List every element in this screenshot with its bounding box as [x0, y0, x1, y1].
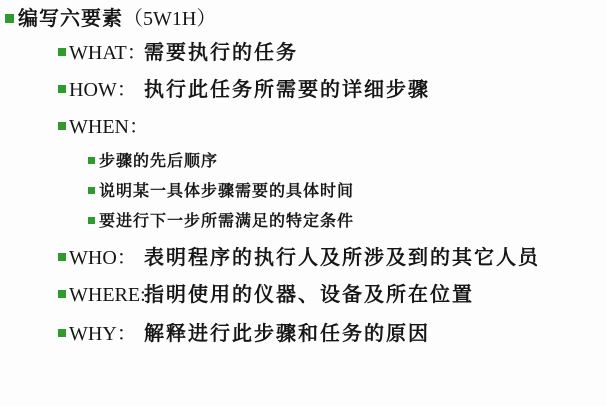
square-bullet-icon	[58, 329, 66, 337]
sub-item: 说明某一具体步骤需要的具体时间	[0, 181, 606, 202]
item-text: 解释进行此步骤和任务的原因	[144, 323, 430, 345]
square-bullet-icon	[58, 48, 66, 56]
square-bullet-icon	[88, 187, 95, 194]
sub-item-text: 步骤的先后顺序	[99, 153, 218, 170]
item-label: HOW：	[69, 75, 144, 105]
slide-title-text: 编写六要素	[18, 8, 123, 30]
item-text: 表明程序的执行人及所涉及到的其它人员	[144, 247, 540, 269]
slide-title-suffix: （5W1H）	[123, 8, 216, 30]
item-label: WHERE:	[69, 280, 144, 310]
square-bullet-icon	[58, 122, 66, 130]
item-what: WHAT：需要执行的任务	[0, 38, 606, 68]
square-bullet-icon	[58, 253, 66, 261]
slide: 编写六要素（5W1H） WHAT：需要执行的任务 HOW：执行此任务所需要的详细…	[0, 0, 606, 406]
item-text: 指明使用的仪器、设备及所在位置	[144, 284, 474, 306]
item-when: WHEN：	[0, 112, 606, 142]
slide-title: 编写六要素（5W1H）	[0, 6, 606, 32]
sub-item-text: 说明某一具体步骤需要的具体时间	[99, 183, 354, 200]
item-text: 需要执行的任务	[144, 42, 298, 64]
item-label: WHO：	[69, 243, 144, 273]
square-bullet-icon	[5, 14, 14, 23]
sub-item-text: 要进行下一步所需满足的特定条件	[99, 213, 354, 230]
item-who: WHO：表明程序的执行人及所涉及到的其它人员	[0, 243, 606, 273]
item-label: WHY：	[69, 319, 144, 349]
square-bullet-icon	[58, 290, 66, 298]
sub-item: 步骤的先后顺序	[0, 151, 606, 172]
item-where: WHERE:指明使用的仪器、设备及所在位置	[0, 280, 606, 310]
square-bullet-icon	[88, 157, 95, 164]
item-text: 执行此任务所需要的详细步骤	[144, 79, 430, 101]
square-bullet-icon	[58, 85, 66, 93]
item-label: WHAT：	[69, 38, 144, 68]
item-why: WHY：解释进行此步骤和任务的原因	[0, 319, 606, 349]
when-sublist: 步骤的先后顺序 说明某一具体步骤需要的具体时间 要进行下一步所需满足的特定条件	[0, 151, 606, 232]
item-label: WHEN：	[69, 112, 144, 142]
sub-item: 要进行下一步所需满足的特定条件	[0, 211, 606, 232]
item-how: HOW：执行此任务所需要的详细步骤	[0, 75, 606, 105]
square-bullet-icon	[88, 217, 95, 224]
